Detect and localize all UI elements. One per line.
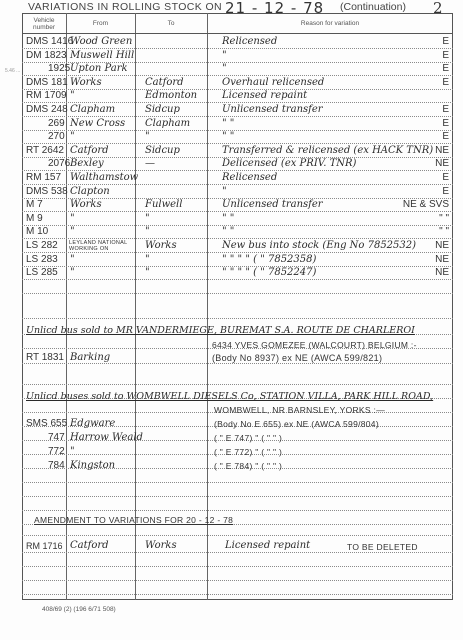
row-rule (22, 566, 453, 567)
from-depot: " (70, 267, 75, 279)
sale2-from: Edgware (70, 418, 115, 430)
from-depot: " (70, 213, 75, 225)
to-depot: Edmonton (145, 90, 197, 102)
amendment-reason: Licensed repaint (225, 540, 310, 552)
to-depot: " (145, 226, 150, 238)
row-rule (22, 116, 453, 117)
to-depot: Works (145, 240, 177, 252)
reason: New bus into stock (Eng No 7852532) (222, 240, 416, 252)
row-rule (22, 594, 453, 595)
row-rule (22, 48, 453, 49)
amendment-vehicle: RM 1716 (26, 540, 63, 552)
margin-annotation: 5.46 ... (5, 68, 20, 74)
reason: Overhaul relicensed (222, 77, 324, 89)
reason: " " (222, 213, 234, 225)
vehicle-number: DMS 1416 (26, 36, 73, 48)
to-depot: " (145, 131, 150, 143)
row-rule (22, 580, 453, 581)
reason: " " " " ( " 7852247) (222, 267, 316, 279)
sale1-body-detail: (Body No 8937) ex NE (AWCA 599/821) (212, 352, 382, 364)
from-depot: Works (70, 199, 102, 211)
row-rule (22, 211, 453, 212)
status-code: E (442, 63, 449, 75)
row-rule (22, 238, 453, 239)
sale2-vehicle: 784 (48, 460, 65, 472)
vehicle-number: DMS 538 (26, 186, 68, 198)
reason: Transferred & relicensed (ex HACK TNR) (222, 145, 433, 157)
status-code: E (442, 172, 449, 184)
status-code: NE (435, 145, 449, 157)
to-depot: " (145, 267, 150, 279)
reason: Unlicensed transfer (222, 199, 323, 211)
sale2-vehicle: 772 (48, 446, 65, 458)
from-depot: Catford (70, 145, 109, 157)
to-depot: — (145, 158, 155, 170)
from-depot: Upton Park (70, 63, 128, 75)
from-depot: New Cross (70, 118, 125, 130)
sale2-vehicle: SMS 655 (26, 418, 67, 430)
vehicle-number: 1925 (48, 63, 70, 75)
vehicle-number: DMS 248 (26, 104, 68, 116)
from-depot: " (70, 131, 75, 143)
to-depot: Clapham (145, 118, 190, 130)
reason: " " (222, 131, 234, 143)
row-rule (22, 184, 453, 185)
sale2-vehicle: 747 (48, 432, 65, 444)
vehicle-number: DM 1823 (26, 50, 67, 62)
vehicle-number: 269 (48, 118, 65, 130)
to-depot: Sidcup (145, 104, 180, 116)
amendment-note: TO BE DELETED (347, 541, 418, 553)
form-title: VARIATIONS IN ROLLING STOCK ON (28, 1, 222, 13)
sale2-heading-text: Unlicd buses sold to WOMBWELL DIESELS Co… (26, 391, 433, 402)
from-depot: Clapton (70, 186, 110, 198)
row-rule (22, 102, 453, 103)
form-reference: 408/69 (2) (196 6/71 508) (42, 606, 116, 613)
from-depot: Walthamstow (70, 172, 138, 184)
sale2-body-detail: ( " E 784) " ( " " ) (214, 460, 282, 472)
row-rule (22, 293, 453, 294)
sale1-from: Barking (70, 352, 110, 364)
status-code: " " (439, 213, 449, 225)
reason: Licensed repaint (222, 90, 307, 102)
reason: " " (222, 118, 234, 130)
row-rule (22, 279, 453, 280)
amendment-heading-text: AMENDMENT TO VARIATIONS FOR 20 - 12 - 78 (34, 515, 233, 525)
row-rule (22, 482, 453, 483)
vehicle-number: 270 (48, 131, 65, 143)
column-header-from: From (66, 14, 135, 33)
from-depot: Muswell Hill (70, 50, 134, 62)
status-code: NE (435, 267, 449, 279)
sale1-address: 6434 YVES GOMEZEE (WALCOURT) BELGIUM :- (212, 339, 417, 351)
status-code: E (442, 77, 449, 89)
reason: " " (222, 226, 234, 238)
reason: " " " " ( " 7852358) (222, 254, 316, 266)
from-depot: Bexley (70, 158, 104, 170)
sale2-address: WOMBWELL, NR BARNSLEY, YORKS :— (214, 404, 385, 416)
vehicle-number: LS 282 (26, 240, 58, 252)
sale2-body-detail: (Body No E 655) ex NE (AWCA 599/804) (214, 418, 379, 430)
row-rule (22, 318, 453, 319)
from-depot: " (70, 226, 75, 238)
from-depot: Works (70, 77, 102, 89)
to-depot: Sidcup (145, 145, 180, 157)
sale2-body-detail: ( " E 772) " ( " " ) (214, 446, 282, 458)
status-code: E (442, 104, 449, 116)
to-depot: " (145, 213, 150, 225)
from-depot: " (70, 90, 75, 102)
vehicle-number: RT 2642 (26, 145, 64, 157)
reason: Delicensed (ex PRIV. TNR) (222, 158, 356, 170)
amendment-to: Works (145, 540, 177, 552)
reason: Relicensed (222, 36, 277, 48)
amendment-from: Catford (70, 540, 109, 552)
from-depot: Clapham (70, 104, 115, 116)
from-depot: " (70, 254, 75, 266)
row-rule (22, 75, 453, 76)
vehicle-number: M 9 (26, 213, 43, 225)
continuation-label: (Continuation) (340, 1, 406, 13)
sale2-body-detail: ( " E 747) " ( " " ) (214, 432, 282, 444)
status-code: E (442, 50, 449, 62)
row-rule (22, 496, 453, 497)
column-header-vehicle: Vehicle number (22, 14, 66, 33)
status-code: E (442, 131, 449, 143)
from-depot: Wood Green (70, 36, 132, 48)
vehicle-number: M 10 (26, 226, 48, 238)
vehicle-number: LS 285 (26, 267, 58, 279)
status-code: E (442, 118, 449, 130)
vehicle-number: DMS 181 (26, 77, 68, 89)
from-depot: LEYLAND NATIONAL WORKING ON (69, 240, 133, 252)
status-code: NE (435, 158, 449, 170)
status-code: E (442, 36, 449, 48)
row-rule (22, 225, 453, 226)
sale2-from: " (70, 446, 75, 458)
status-code: " " (439, 226, 449, 238)
sale1-vehicle: RT 1831 (26, 352, 64, 364)
status-code: NE & SVS (403, 199, 449, 211)
reason: Relicensed (222, 172, 277, 184)
sale1-heading: Unlicd bus sold to MR VANDERMIEGE, BUREM… (26, 325, 415, 337)
to-depot: Fulwell (145, 199, 182, 211)
status-code: NE (435, 240, 449, 252)
status-code: NE (435, 254, 449, 266)
row-rule (22, 535, 453, 536)
header-divider (22, 33, 453, 34)
row-rule (22, 384, 453, 385)
reason: Unlicensed transfer (222, 104, 323, 116)
row-rule (22, 130, 453, 131)
column-header-to: To (135, 14, 207, 33)
sale2-heading: Unlicd buses sold to WOMBWELL DIESELS Co… (26, 391, 433, 403)
vehicle-number: M 7 (26, 199, 43, 211)
amendment-heading: AMENDMENT TO VARIATIONS FOR 20 - 12 - 78 (34, 514, 233, 526)
row-rule (22, 143, 453, 144)
reason: " (222, 50, 227, 62)
row-rule (22, 170, 453, 171)
row-rule (22, 510, 453, 511)
sale1-heading-text: Unlicd bus sold to MR VANDERMIEGE, BUREM… (26, 325, 415, 336)
sale2-from: Harrow Weald (70, 432, 143, 444)
row-rule (22, 252, 453, 253)
reason: " (222, 63, 227, 75)
vehicle-number: RM 157 (26, 172, 61, 184)
vehicle-number: RM 1709 (26, 90, 67, 102)
column-header-reason: Reason for variation (207, 14, 453, 33)
to-depot: Catford (145, 77, 184, 89)
status-code: E (442, 186, 449, 198)
vehicle-number: 2076 (48, 158, 70, 170)
vehicle-number: LS 283 (26, 254, 58, 266)
to-depot: " (145, 254, 150, 266)
reason: " (222, 186, 227, 198)
sale2-from: Kingston (70, 460, 115, 472)
